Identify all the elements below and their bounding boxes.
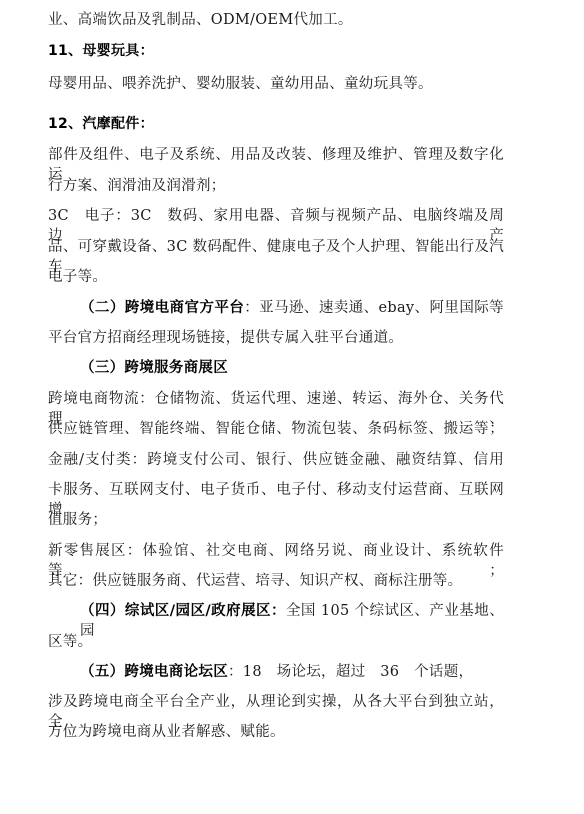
section-body: ：18 场论坛，超过 36 个话题， bbox=[228, 664, 473, 680]
section-heading-maternal-toys: 11、母婴玩具： bbox=[48, 41, 504, 61]
text-line: 平台官方招商经理现场链接，提供专属入驻平台通道。 bbox=[48, 328, 504, 348]
section-service-providers: （三）跨境服务商展区 bbox=[80, 358, 504, 378]
section-title-service-providers: （三）跨境服务商展区 bbox=[80, 360, 228, 376]
section-body: ：亚马逊、速卖通、ebay、阿里国际等 bbox=[244, 300, 504, 316]
section-forum: （五）跨境电商论坛区：18 场论坛，超过 36 个话题， bbox=[80, 662, 504, 682]
text-line: 方位为跨境电商从业者解惑、赋能。 bbox=[48, 722, 504, 742]
text-line: 值服务； bbox=[48, 510, 504, 530]
text-line: 供应链管理、智能终端、智能仓储、物流包装、条码标签、搬运等； bbox=[48, 419, 504, 439]
text-line: 业、高端饮品及乳制品、ODM/OEM代加工。 bbox=[48, 10, 504, 30]
text-line: 区等。 bbox=[48, 632, 504, 652]
text-line: 母婴用品、喂养洗护、婴幼服装、童幼用品、童幼玩具等。 bbox=[48, 74, 504, 94]
section-heading-auto-parts: 12、汽摩配件： bbox=[48, 114, 504, 134]
section-title-official-platforms: （二）跨境电商官方平台 bbox=[80, 300, 244, 316]
text-line: 电子等。 bbox=[48, 267, 504, 287]
text-line: 金融/支付类：跨境支付公司、银行、供应链金融、融资结算、信用 bbox=[48, 450, 504, 470]
text-line: 行方案、润滑油及润滑剂； bbox=[48, 176, 504, 196]
section-official-platforms: （二）跨境电商官方平台：亚马逊、速卖通、ebay、阿里国际等 bbox=[80, 298, 504, 318]
section-title-forum: （五）跨境电商论坛区 bbox=[80, 664, 228, 680]
section-title-pilot-zones: （四）综试区/园区/政府展区： bbox=[80, 603, 286, 619]
text-line: 其它：供应链服务商、代运营、培寻、知识产权、商标注册等。 bbox=[48, 571, 504, 591]
